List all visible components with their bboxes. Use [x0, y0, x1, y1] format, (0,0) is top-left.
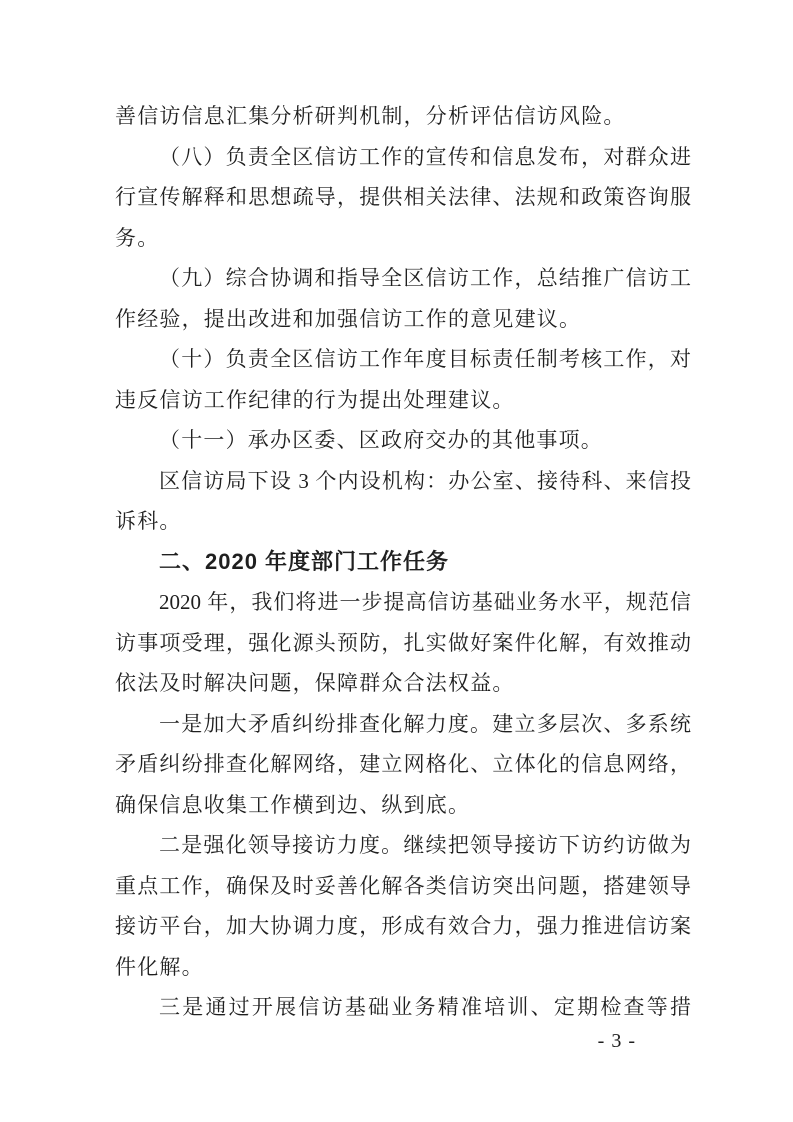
text-line: 接访平台，加大协调力度，形成有效合力，强力推进信访案	[115, 906, 691, 947]
text-line: 二是强化领导接访力度。继续把领导接访下访约访做为	[115, 825, 691, 866]
heading-line: 二、2020 年度部门工作任务	[115, 542, 691, 583]
text-line: 2020 年，我们将进一步提高信访基础业务水平，规范信	[115, 582, 691, 623]
text-line: （十）负责全区信访工作年度目标责任制考核工作，对	[115, 339, 691, 380]
text-line: 作经验，提出改进和加强信访工作的意见建议。	[115, 299, 691, 340]
paragraph: （十）负责全区信访工作年度目标责任制考核工作，对违反信访工作纪律的行为提出处理建…	[115, 339, 691, 420]
section-heading: 二、2020 年度部门工作任务	[115, 542, 691, 583]
text-line: 务。	[115, 218, 691, 259]
paragraph: （九）综合协调和指导全区信访工作，总结推广信访工作经验，提出改进和加强信访工作的…	[115, 258, 691, 339]
text-line: （八）负责全区信访工作的宣传和信息发布，对群众进	[115, 137, 691, 178]
page-number: - 3 -	[115, 1026, 636, 1056]
text-line: 区信访局下设 3 个内设机构：办公室、接待科、来信投	[115, 461, 691, 502]
paragraph: 三是通过开展信访基础业务精准培训、定期检查等措	[115, 987, 691, 1028]
text-line: （十一）承办区委、区政府交办的其他事项。	[115, 420, 691, 461]
text-line: 三是通过开展信访基础业务精准培训、定期检查等措	[115, 987, 691, 1028]
text-line: （九）综合协调和指导全区信访工作，总结推广信访工	[115, 258, 691, 299]
paragraph: 一是加大矛盾纠纷排查化解力度。建立多层次、多系统矛盾纠纷排查化解网络，建立网格化…	[115, 704, 691, 826]
text-line: 矛盾纠纷排查化解网络，建立网格化、立体化的信息网络，	[115, 744, 691, 785]
text-line: 依法及时解决问题，保障群众合法权益。	[115, 663, 691, 704]
document-body: 善信访信息汇集分析研判机制，分析评估信访风险。（八）负责全区信访工作的宣传和信息…	[115, 96, 691, 1028]
text-line: 诉科。	[115, 501, 691, 542]
paragraph: 2020 年，我们将进一步提高信访基础业务水平，规范信访事项受理，强化源头预防，…	[115, 582, 691, 704]
text-line: 访事项受理，强化源头预防，扎实做好案件化解，有效推动	[115, 623, 691, 664]
text-line: 善信访信息汇集分析研判机制，分析评估信访风险。	[115, 96, 691, 137]
text-line: 行宣传解释和思想疏导，提供相关法律、法规和政策咨询服	[115, 177, 691, 218]
paragraph: （八）负责全区信访工作的宣传和信息发布，对群众进行宣传解释和思想疏导，提供相关法…	[115, 137, 691, 259]
text-line: 重点工作，确保及时妥善化解各类信访突出问题，搭建领导	[115, 866, 691, 907]
paragraph: 区信访局下设 3 个内设机构：办公室、接待科、来信投诉科。	[115, 461, 691, 542]
document-page: 善信访信息汇集分析研判机制，分析评估信访风险。（八）负责全区信访工作的宣传和信息…	[0, 0, 793, 1122]
text-line: 件化解。	[115, 947, 691, 988]
paragraph: 二是强化领导接访力度。继续把领导接访下访约访做为重点工作，确保及时妥善化解各类信…	[115, 825, 691, 987]
text-line: 一是加大矛盾纠纷排查化解力度。建立多层次、多系统	[115, 704, 691, 745]
paragraph: 善信访信息汇集分析研判机制，分析评估信访风险。	[115, 96, 691, 137]
paragraph: （十一）承办区委、区政府交办的其他事项。	[115, 420, 691, 461]
text-line: 违反信访工作纪律的行为提出处理建议。	[115, 380, 691, 421]
text-line: 确保信息收集工作横到边、纵到底。	[115, 785, 691, 826]
